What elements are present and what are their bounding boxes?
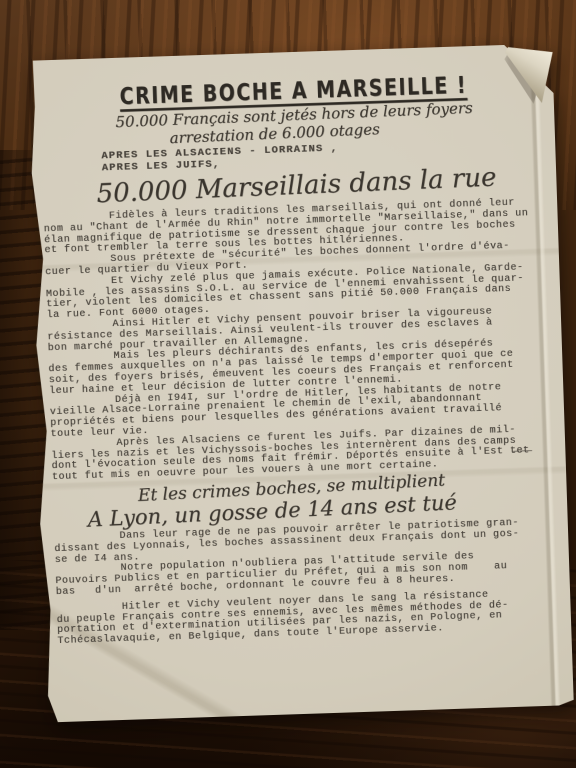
- leaflet-content: CRIME BOCHE A MARSEILLE ! 50.000 Françai…: [22, 43, 574, 722]
- leaflet-photo: CRIME BOCHE A MARSEILLE ! 50.000 Françai…: [22, 43, 574, 722]
- leaflet-paper: CRIME BOCHE A MARSEILLE ! 50.000 Françai…: [22, 43, 574, 722]
- paragraph: Hitler et Vichy veulent noyer dans le sa…: [56, 588, 565, 648]
